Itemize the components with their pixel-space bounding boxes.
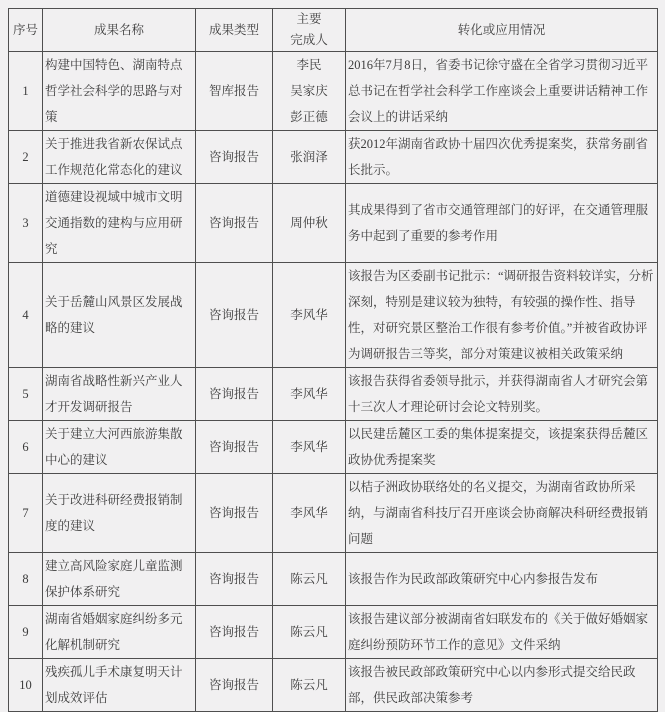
achievement-name-cell: 残疾孤儿手术康复明天计划成效评估 bbox=[43, 659, 196, 712]
achievement-name-cell: 建立高风险家庭儿童监测保护体系研究 bbox=[43, 553, 196, 606]
main-contributors-cell: 陈云凡 bbox=[273, 553, 346, 606]
table-row: 8 建立高风险家庭儿童监测保护体系研究 咨询报告 陈云凡 该报告作为民政部政策研… bbox=[9, 553, 658, 606]
achievement-name-cell: 道德建设视域中城市文明交通指数的建构与应用研究 bbox=[43, 184, 196, 263]
row-no-cell: 9 bbox=[9, 606, 43, 659]
application-status-cell: 获2012年湖南省政协十届四次优秀提案奖，获常务副省长批示。 bbox=[346, 131, 658, 184]
achievement-type-cell: 咨询报告 bbox=[196, 131, 273, 184]
achievement-type-cell: 咨询报告 bbox=[196, 421, 273, 474]
achievement-name-cell: 关于建立大河西旅游集散中心的建议 bbox=[43, 421, 196, 474]
main-contributors-cell: 张润泽 bbox=[273, 131, 346, 184]
application-status-cell: 该报告获得省委领导批示，并获得湖南省人才研究会第十三次人才理论研讨会论文特别奖。 bbox=[346, 368, 658, 421]
main-contributors-cell: 陈云凡 bbox=[273, 606, 346, 659]
header-application: 转化或应用情况 bbox=[346, 9, 658, 52]
achievement-type-cell: 咨询报告 bbox=[196, 368, 273, 421]
application-status-cell: 该报告建议部分被湖南省妇联发布的《关于做好婚姻家庭纠纷预防环节工作的意见》文件采… bbox=[346, 606, 658, 659]
achievement-name-cell: 关于岳麓山风景区发展战略的建议 bbox=[43, 263, 196, 368]
achievement-type-cell: 咨询报告 bbox=[196, 263, 273, 368]
achievement-type-cell: 咨询报告 bbox=[196, 474, 273, 553]
main-contributors-cell: 李民 吴家庆 彭正德 bbox=[273, 52, 346, 131]
main-contributors-cell: 李风华 bbox=[273, 263, 346, 368]
row-no-cell: 1 bbox=[9, 52, 43, 131]
table-row: 3 道德建设视域中城市文明交通指数的建构与应用研究 咨询报告 周仲秋 其成果得到… bbox=[9, 184, 658, 263]
achievement-name-cell: 湖南省战略性新兴产业人才开发调研报告 bbox=[43, 368, 196, 421]
table-row: 6 关于建立大河西旅游集散中心的建议 咨询报告 李风华 以民建岳麓区工委的集体提… bbox=[9, 421, 658, 474]
row-no-cell: 5 bbox=[9, 368, 43, 421]
table-row: 2 关于推进我省新农保试点工作规范化常态化的建议 咨询报告 张润泽 获2012年… bbox=[9, 131, 658, 184]
table-row: 7 关于改进科研经费报销制度的建议 咨询报告 李风华 以桔子洲政协联络处的名义提… bbox=[9, 474, 658, 553]
application-status-cell: 该报告作为民政部政策研究中心内参报告发布 bbox=[346, 553, 658, 606]
header-name: 成果名称 bbox=[43, 9, 196, 52]
row-no-cell: 8 bbox=[9, 553, 43, 606]
table-row: 1 构建中国特色、湖南特点哲学社会科学的思路与对策 智库报告 李民 吴家庆 彭正… bbox=[9, 52, 658, 131]
row-no-cell: 10 bbox=[9, 659, 43, 712]
row-no-cell: 3 bbox=[9, 184, 43, 263]
table-row: 10 残疾孤儿手术康复明天计划成效评估 咨询报告 陈云凡 该报告被民政部政策研究… bbox=[9, 659, 658, 712]
achievement-type-cell: 咨询报告 bbox=[196, 184, 273, 263]
table-row: 5 湖南省战略性新兴产业人才开发调研报告 咨询报告 李风华 该报告获得省委领导批… bbox=[9, 368, 658, 421]
application-status-cell: 以桔子洲政协联络处的名义提交，为湖南省政协所采纳，与湖南省科技厅召开座谈会协商解… bbox=[346, 474, 658, 553]
header-people: 主要 完成人 bbox=[273, 9, 346, 52]
header-no: 序号 bbox=[9, 9, 43, 52]
application-status-cell: 以民建岳麓区工委的集体提案提交，该提案获得岳麓区政协优秀提案奖 bbox=[346, 421, 658, 474]
header-type: 成果类型 bbox=[196, 9, 273, 52]
main-contributors-cell: 李风华 bbox=[273, 368, 346, 421]
table-row: 4 关于岳麓山风景区发展战略的建议 咨询报告 李风华 该报告为区委副书记批示：“… bbox=[9, 263, 658, 368]
row-no-cell: 6 bbox=[9, 421, 43, 474]
main-contributors-cell: 周仲秋 bbox=[273, 184, 346, 263]
achievement-type-cell: 咨询报告 bbox=[196, 606, 273, 659]
achievement-type-cell: 咨询报告 bbox=[196, 553, 273, 606]
achievement-name-cell: 湖南省婚姻家庭纠纷多元化解机制研究 bbox=[43, 606, 196, 659]
application-status-cell: 其成果得到了省市交通管理部门的好评，在交通管理服务中起到了重要的参考作用 bbox=[346, 184, 658, 263]
row-no-cell: 2 bbox=[9, 131, 43, 184]
application-status-cell: 2016年7月8日，省委书记徐守盛在全省学习贯彻习近平总书记在哲学社会科学工作座… bbox=[346, 52, 658, 131]
achievement-name-cell: 关于推进我省新农保试点工作规范化常态化的建议 bbox=[43, 131, 196, 184]
application-status-cell: 该报告被民政部政策研究中心以内参形式提交给民政部，供民政部决策参考 bbox=[346, 659, 658, 712]
achievements-table: 序号 成果名称 成果类型 主要 完成人 转化或应用情况 1 构建中国特色、湖南特… bbox=[8, 8, 658, 712]
table-row: 9 湖南省婚姻家庭纠纷多元化解机制研究 咨询报告 陈云凡 该报告建议部分被湖南省… bbox=[9, 606, 658, 659]
header-row: 序号 成果名称 成果类型 主要 完成人 转化或应用情况 bbox=[9, 9, 658, 52]
application-status-cell: 该报告为区委副书记批示：“调研报告资料较详实，分析深刻，特别是建议较为独特，有较… bbox=[346, 263, 658, 368]
main-contributors-cell: 李风华 bbox=[273, 474, 346, 553]
achievement-type-cell: 智库报告 bbox=[196, 52, 273, 131]
row-no-cell: 4 bbox=[9, 263, 43, 368]
achievement-type-cell: 咨询报告 bbox=[196, 659, 273, 712]
row-no-cell: 7 bbox=[9, 474, 43, 553]
achievement-name-cell: 构建中国特色、湖南特点哲学社会科学的思路与对策 bbox=[43, 52, 196, 131]
page: 序号 成果名称 成果类型 主要 完成人 转化或应用情况 1 构建中国特色、湖南特… bbox=[0, 0, 665, 646]
achievement-name-cell: 关于改进科研经费报销制度的建议 bbox=[43, 474, 196, 553]
main-contributors-cell: 陈云凡 bbox=[273, 659, 346, 712]
main-contributors-cell: 李风华 bbox=[273, 421, 346, 474]
